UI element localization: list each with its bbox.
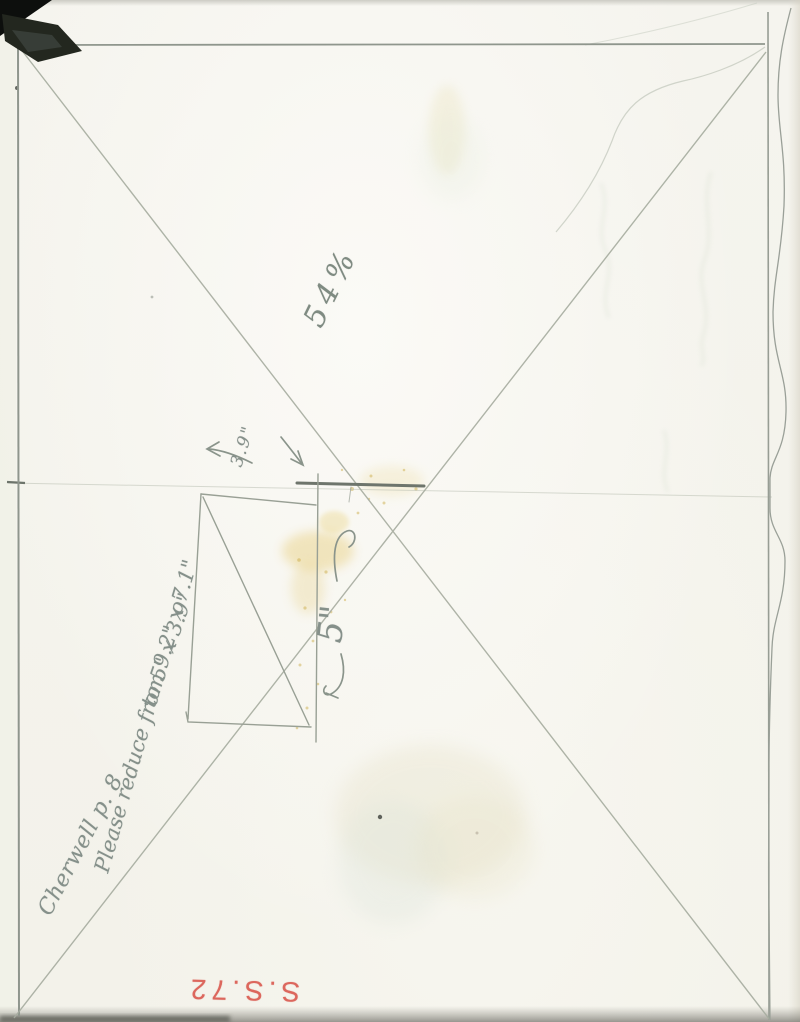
width-arrow-bottom: [324, 654, 344, 695]
top-edge-shadow: [0, 0, 800, 6]
right-edge-shadow: [788, 0, 800, 1022]
bottom-left-dark-edge: [0, 1016, 230, 1022]
ink-showthrough: [601, 172, 711, 492]
crease-line: [556, 47, 765, 232]
crop-box-diagonal: [203, 497, 309, 725]
border-left: [18, 26, 19, 1016]
left-edge-strip: [0, 0, 16, 1022]
width-dimension-note: 5": [310, 603, 354, 644]
photo-verso-scan: Cherwell p. 8 Please reduce from 9.2" x …: [0, 0, 800, 1022]
left-register-tick: [7, 482, 25, 483]
reference-stamp: S.S.72: [186, 973, 301, 1008]
stains: [282, 85, 535, 924]
pencil-markings: [0, 0, 800, 1022]
crease-line-top: [585, 3, 757, 45]
border-top: [17, 44, 765, 45]
paper-edge-wave: [769, 8, 791, 1020]
